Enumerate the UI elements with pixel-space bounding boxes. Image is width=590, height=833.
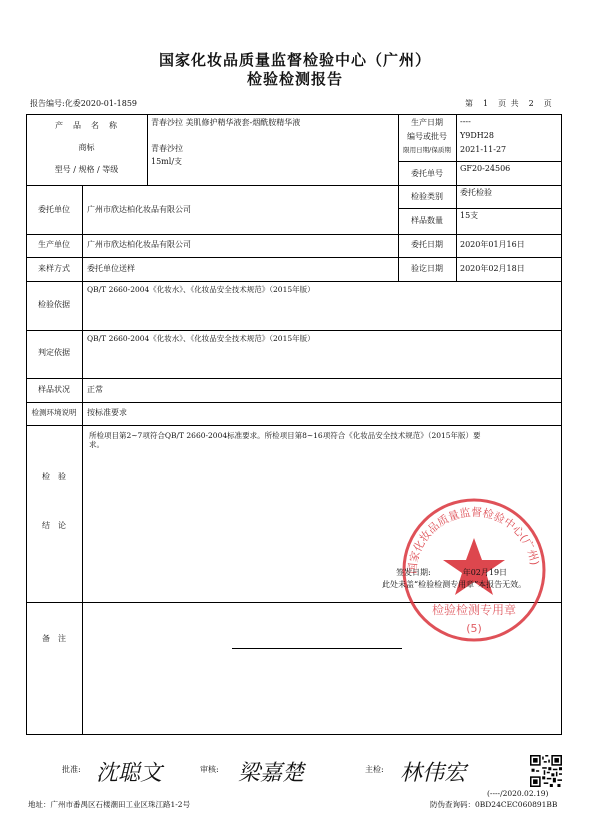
complete-date-value: 2020年02月18日 — [460, 264, 525, 274]
order-no-value: GF20-24506 — [460, 164, 510, 174]
address: 地址：广州市番禺区石楼潮田工业区珠江路1-2号 — [28, 800, 190, 810]
expiry-value: 2021-11-27 — [460, 145, 506, 155]
report-number: 报告编号:化委2020-01-1859 — [30, 99, 137, 109]
label-conclusion-1: 检 验 — [26, 472, 82, 482]
sampling-value: 委托单位送样 — [87, 264, 135, 274]
label-inspection-basis: 检验依据 — [26, 300, 82, 310]
label-expiry: 限用日期/保质期 — [398, 145, 456, 155]
sample-status-value: 正常 — [87, 385, 103, 395]
remarks-blank-line — [232, 648, 402, 649]
sample-qty-value: 15支 — [460, 211, 478, 221]
product-spec: 15ml/支 — [151, 157, 182, 167]
label-inspection-type: 检验类别 — [398, 192, 456, 202]
approve-signature: 沈聪文 — [96, 756, 162, 787]
judgement-basis-value: QB/T 2660-2004《化妆水》、《化妆品安全技术规范》（2015年版） — [87, 334, 315, 344]
stamp-number: (5) — [466, 622, 482, 635]
label-remarks: 备 注 — [26, 634, 82, 644]
inspector-signature: 林伟宏 — [400, 756, 466, 787]
label-producer: 生产单位 — [26, 240, 82, 250]
product-name: 青春沙拉 美肌修护精华液套-烟酰胺精华液 — [151, 118, 300, 128]
client-value: 广州市欣达柏化妆品有限公司 — [87, 205, 191, 215]
label-client: 委托单位 — [26, 205, 82, 215]
label-sampling: 来样方式 — [26, 264, 82, 274]
batch-value: Y9DH28 — [460, 131, 494, 141]
anti-fake-code: 防伪查询码：0BD24CEC060891BB — [430, 800, 557, 810]
stamp-note: 此处未盖“检验检测专用章”本报告无效。 — [382, 580, 526, 590]
qr-code — [530, 755, 562, 787]
producer-value: 广州市欣达柏化妆品有限公司 — [87, 240, 191, 250]
product-brand: 青春沙拉 — [151, 144, 183, 154]
page-indicator: 第 1 页 共 2 页 — [465, 99, 553, 109]
label-prod-date: 生产日期 — [398, 118, 456, 128]
issue-date: 签发日期: 年02月19日 — [396, 568, 507, 578]
inspection-type-value: 委托检验 — [460, 188, 492, 198]
review-signature: 梁嘉楚 — [238, 756, 304, 787]
label-commission-date: 委托日期 — [398, 240, 456, 250]
prod-date-value: ---- — [460, 117, 471, 127]
conclusion-text-line1: 所检项目第2~7项符合QB/T 2660-2004标准要求。所检项目第8~16项… — [89, 431, 481, 441]
conclusion-text-line2: 求。 — [89, 440, 104, 450]
label-sample-qty: 样品数量 — [398, 216, 456, 226]
qr-caption: (----/2020.02.19) — [487, 789, 548, 799]
stamp-text-bottom: 检验检测专用章 — [432, 602, 516, 617]
label-brand: 商标 — [26, 143, 147, 153]
report-title-line1: 国家化妆品质量监督检验中心（广州） — [0, 49, 590, 70]
label-product-name: 产 品 名 称 — [26, 121, 147, 131]
inspection-basis-value: QB/T 2660-2004《化妆水》、《化妆品安全技术规范》（2015年版） — [87, 285, 315, 295]
label-batch: 编号或批号 — [398, 132, 456, 142]
approve-label: 批准: — [62, 765, 81, 775]
inspector-label: 主检: — [365, 765, 384, 775]
label-sample-status: 样品状况 — [26, 385, 82, 395]
report-title-line2: 检验检测报告 — [0, 68, 590, 89]
label-model: 型号 / 规格 / 等级 — [26, 165, 147, 175]
label-order-no: 委托单号 — [398, 169, 456, 179]
label-environment: 检测环境说明 — [26, 408, 82, 418]
label-conclusion-2: 结 论 — [26, 521, 82, 531]
environment-value: 按标准要求 — [87, 408, 127, 418]
commission-date-value: 2020年01月16日 — [460, 240, 525, 250]
label-judgement-basis: 判定依据 — [26, 348, 82, 358]
label-complete-date: 验讫日期 — [398, 264, 456, 274]
review-label: 审核: — [200, 765, 219, 775]
